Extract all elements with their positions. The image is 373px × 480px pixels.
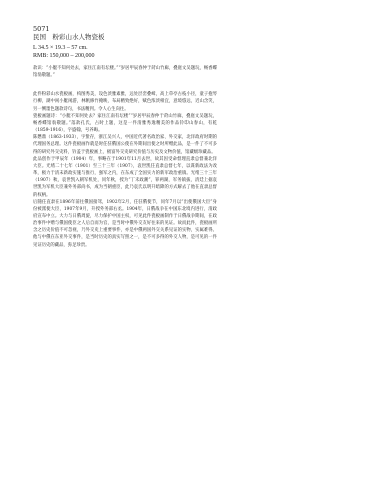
description-paragraph: 此件粉彩山水瓷板画，构图秀美，设色淡雅素雅，远处层峦叠嶂，高上草亭古枝小径，童子… <box>33 91 217 112</box>
description-paragraph: 后随任直隶在1896年前往俄国接驾，1902年2月，任驻俄使节，同年7月以“出使… <box>33 199 217 249</box>
lot-dimensions: L 34.5 × 19.3 – 57 cm. <box>33 44 217 52</box>
description-paragraph: 此品创作于甲辰年（1904）年，事略在于1901年11月去世，故其因受命督理直隶… <box>33 156 217 199</box>
description-paragraph: 瓷板画题诗：“小艇不知何处去？家住江南有坛楼”“岁居甲辰春仲于莳山竹廊，叠庭文吴… <box>33 113 217 134</box>
inscription-paragraph: 款识：“小艇不知何处去，家住江南有坛楼。”“岁居甲辰春仲于莳山竹廊，叠庭文吴题玩… <box>33 65 217 79</box>
lot-number: 5071 <box>33 25 217 33</box>
lot-title: 民国 粉彩山水人物瓷板 <box>33 33 217 41</box>
catalog-entry: 5071 民国 粉彩山水人物瓷板 L 34.5 × 19.3 – 57 cm. … <box>33 25 217 249</box>
lot-estimate: RMB: 150,000 – 200,000 <box>33 52 217 60</box>
description-paragraph: 陈懋鼎（1863-1933），字蛰存，浙江吴兴人，中国近代著名政治家、外交家，北… <box>33 134 217 155</box>
